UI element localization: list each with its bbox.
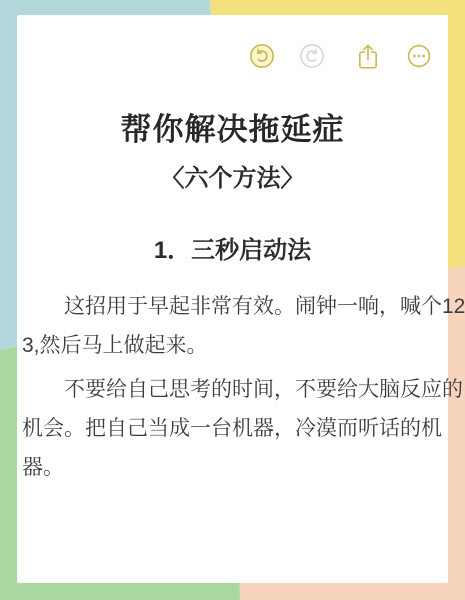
share-icon: [356, 43, 380, 70]
note-card: 帮你解决拖延症 〈六个方法〉 1．三秒启动法 这招用于早起非常有效。闹钟一响，喊…: [17, 15, 448, 583]
paragraph-2: 不要给自己思考的时间，不要给大脑反应的 机会。把自己当成一台机器，冷漠而听话的机…: [17, 370, 448, 487]
text-line: 机会。把自己当成一台机器，冷漠而听话的机: [22, 409, 444, 448]
undo-icon: [249, 43, 275, 69]
redo-icon: [299, 43, 325, 69]
undo-button[interactable]: [249, 43, 275, 69]
share-button[interactable]: [356, 43, 380, 70]
more-icon: [407, 44, 431, 68]
paragraph-1: 这招用于早起非常有效。闹钟一响，喊个12 3,然后马上做起来。: [17, 287, 448, 365]
note-title: 帮你解决拖延症: [17, 110, 448, 150]
note-subtitle: 〈六个方法〉: [17, 163, 448, 195]
redo-button[interactable]: [299, 43, 325, 69]
toolbar: [17, 42, 448, 70]
section-heading: 1．三秒启动法: [17, 235, 448, 267]
text-line: 不要给自己思考的时间，不要给大脑反应的: [22, 370, 444, 409]
text-line: 这招用于早起非常有效。闹钟一响，喊个12: [22, 287, 444, 326]
text-line: 器。: [22, 448, 444, 487]
text-line: 3,然后马上做起来。: [22, 326, 444, 365]
more-button[interactable]: [407, 44, 431, 68]
